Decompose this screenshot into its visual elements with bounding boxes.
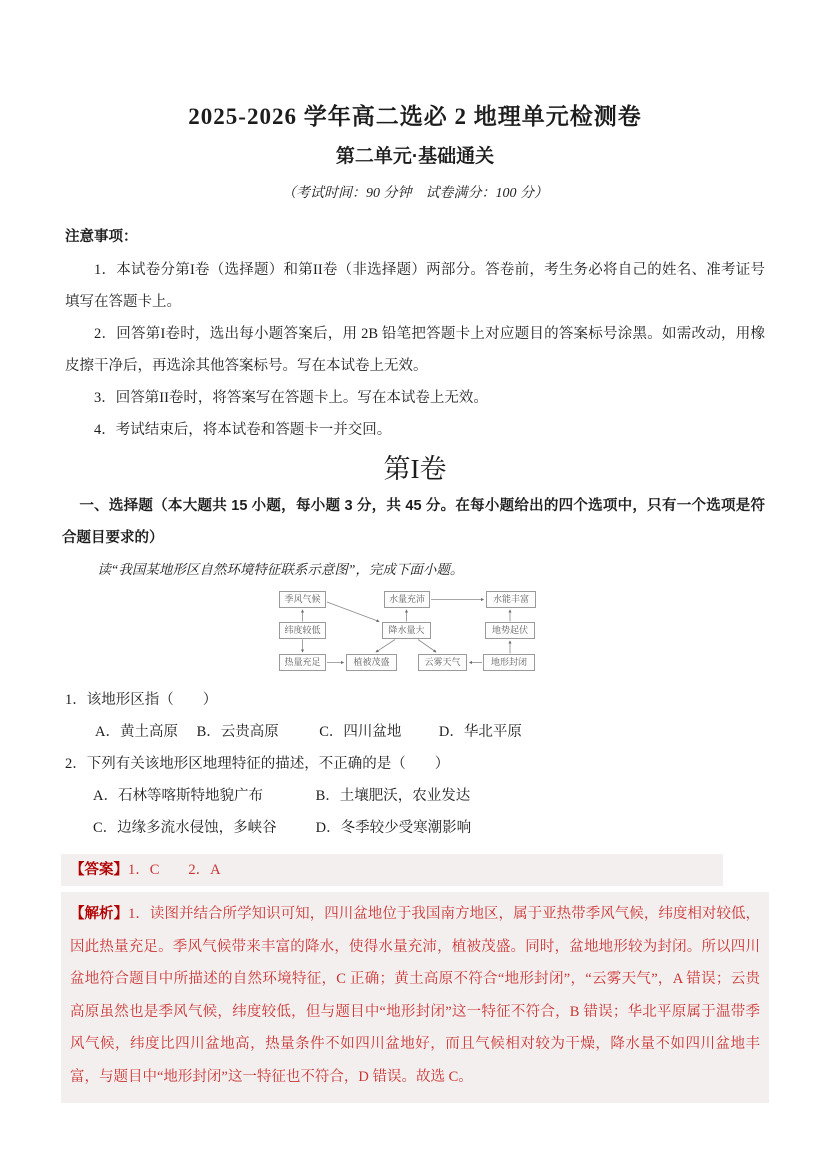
exam-paper-page: 2025-2026 学年高二选必 2 地理单元检测卷 第二单元·基础通关 （考试…	[0, 0, 827, 1169]
question-2-option-c: C．边缘多流水侵蚀，多峡谷	[93, 812, 312, 844]
diagram-box-terrain-relief: 地势起伏	[485, 622, 535, 639]
exam-info: （考试时间：90 分钟 试卷满分：100 分）	[65, 184, 765, 204]
question-2-options-row-1: A．石林等喀斯特地貌广布 B．土壤肥沃，农业发达	[65, 780, 765, 812]
notice-item-2: 2．回答第I卷时，选出每小题答案后，用 2B 铅笔把答题卡上对应题目的答案标号涂…	[65, 318, 765, 382]
question-1-option-c: C．四川盆地	[319, 716, 435, 748]
notice-item-4: 4．考试结束后，将本试卷和答题卡一并交回。	[65, 414, 765, 446]
part1-heading: 第I卷	[65, 450, 765, 488]
question-2-number: 2．	[65, 756, 87, 772]
analysis-text: 1．读图并结合所学知识可知，四川盆地位于我国南方地区，属于亚热带季风气候，纬度相…	[70, 906, 760, 1085]
diagram-box-abundant-water: 水量充沛	[384, 591, 430, 608]
diagram-box-rich-hydropower: 水能丰富	[486, 591, 536, 608]
unit-subtitle: 第二单元·基础通关	[65, 144, 765, 170]
question-2-options-row-2: C．边缘多流水侵蚀，多峡谷 D．冬季较少受寒潮影响	[65, 812, 765, 844]
diagram-box-lush-vegetation: 植被茂盛	[346, 654, 397, 671]
diagram-box-enclosed-terrain: 地形封闭	[483, 654, 535, 671]
passage-intro: 读“我国某地形区自然环境特征联系示意图”，完成下面小题。	[65, 559, 765, 581]
question-2-option-b: B．土壤肥沃，农业发达	[316, 780, 471, 812]
question-1-option-a: A．黄土高原	[95, 716, 193, 748]
question-1-option-b: B．云贵高原	[197, 716, 316, 748]
notice-heading: 注意事项：	[65, 226, 765, 248]
question-2-option-a: A．石林等喀斯特地貌广布	[93, 780, 312, 812]
diagram-box-low-latitude: 纬度较低	[279, 622, 326, 639]
diagram-box-sufficient-heat: 热量充足	[279, 654, 326, 671]
notice-item-3: 3．回答第II卷时，将答案写在答题卡上。写在本试卷上无效。	[65, 382, 765, 414]
diagram-box-foggy-weather: 云雾天气	[418, 654, 467, 671]
question-1-stem: 1．该地形区指（ ）	[65, 684, 765, 716]
question-1-number: 1．	[65, 692, 87, 708]
section-instructions: 一、选择题（本大题共 15 小题，每小题 3 分，共 45 分。在每小题给出的四…	[62, 490, 765, 554]
question-2-stem: 2．下列有关该地形区地理特征的描述，不正确的是（ ）	[65, 748, 765, 780]
diagram-box-monsoon-climate: 季风气候	[279, 591, 326, 608]
diagram-box-heavy-precipitation: 降水量大	[382, 622, 431, 639]
analysis-block: 【解析】1．读图并结合所学知识可知，四川盆地位于我国南方地区，属于亚热带季风气候…	[61, 892, 769, 1103]
question-1-options: A．黄土高原 B．云贵高原 C．四川盆地 D．华北平原	[65, 716, 765, 748]
analysis-label: 【解析】	[70, 906, 128, 922]
question-1-option-d: D．华北平原	[439, 716, 522, 748]
page-title: 2025-2026 学年高二选必 2 地理单元检测卷	[65, 102, 765, 132]
environment-diagram: 季风气候 水量充沛 水能丰富 纬度较低 降水量大 地势起伏 热量充足 植被茂盛 …	[277, 590, 539, 677]
answer-text: 1．C 2．A	[128, 862, 221, 878]
answer-line: 【答案】1．C 2．A	[61, 854, 723, 886]
answer-label: 【答案】	[70, 862, 128, 878]
notice-item-1: 1．本试卷分第I卷（选择题）和第II卷（非选择题）两部分。答卷前，考生务必将自己…	[65, 254, 765, 318]
question-2-option-d: D．冬季较少受寒潮影响	[316, 812, 471, 844]
